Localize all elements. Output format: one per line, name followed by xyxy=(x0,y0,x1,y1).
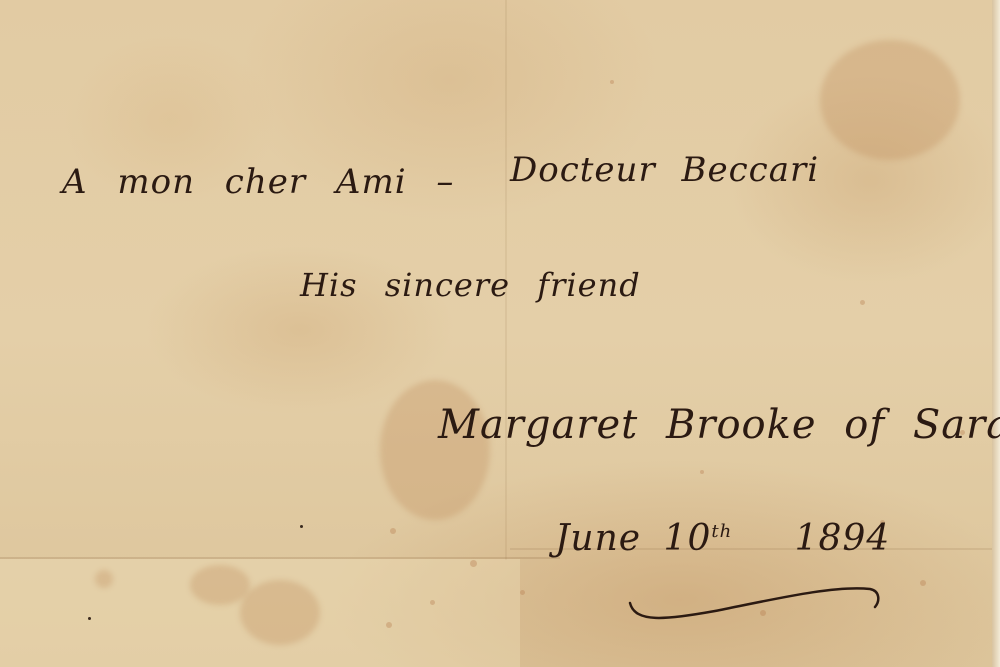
foxing-spot xyxy=(920,580,926,586)
paper-edge xyxy=(992,0,1000,667)
ink-dot xyxy=(88,617,91,620)
foxing-spot xyxy=(700,470,704,474)
ink-dot xyxy=(300,525,303,528)
addressee-text: Docteur Beccari xyxy=(510,150,819,190)
stain xyxy=(380,380,490,520)
date-suffix: th xyxy=(711,521,732,542)
date-year: 1894 xyxy=(795,518,891,559)
closing-text: His sincere friend xyxy=(300,266,641,304)
foxing-spot xyxy=(390,528,396,534)
date-text: June 10th 1894 xyxy=(555,518,890,559)
signature-flourish xyxy=(625,575,885,625)
signature-text: Margaret Brooke of Sarawak xyxy=(438,402,1000,448)
stain xyxy=(240,580,320,645)
salutation-text: A mon cher Ami – xyxy=(62,162,454,202)
foxing-spot xyxy=(430,600,435,605)
foxing-spot xyxy=(386,622,392,628)
stain xyxy=(190,565,250,605)
foxing-spot xyxy=(520,590,525,595)
foxing-spot xyxy=(860,300,865,305)
stain xyxy=(820,40,960,160)
foxing-spot xyxy=(470,560,477,567)
aged-paper: A mon cher Ami – Docteur Beccari His sin… xyxy=(0,0,1000,667)
date-day: June 10 xyxy=(555,518,711,559)
stain xyxy=(95,570,113,588)
foxing-spot xyxy=(610,80,614,84)
